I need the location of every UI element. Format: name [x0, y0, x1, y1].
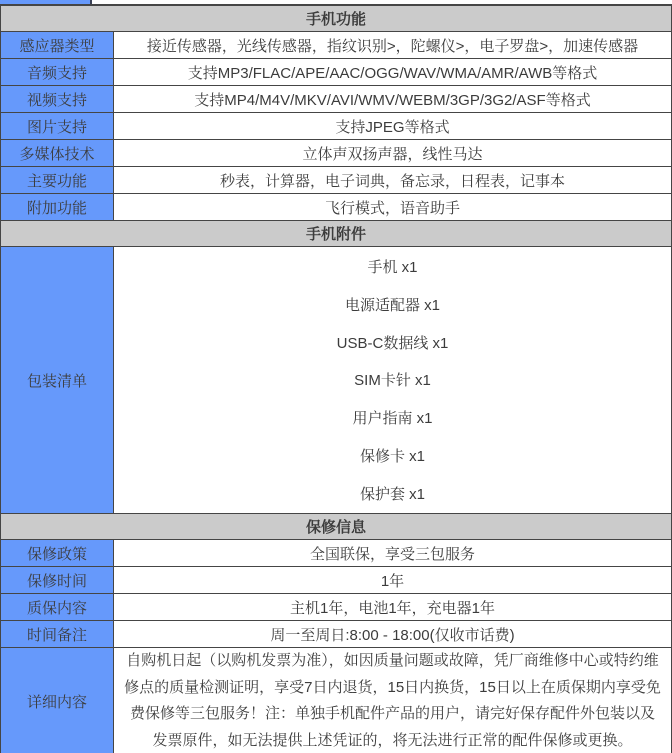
spec-value: 支持JPEG等格式: [114, 113, 672, 140]
packing-item: SIM卡针 x1: [114, 369, 671, 390]
spec-row-image-support: 图片支持 支持JPEG等格式: [1, 113, 672, 140]
spec-label: 多媒体技术: [1, 140, 114, 167]
spec-row-packing-list: 包装清单 手机 x1 电源适配器 x1 USB-C数据线 x1 SIM卡针 x1…: [1, 247, 672, 514]
packing-item: USB-C数据线 x1: [114, 332, 671, 353]
packing-item: 保护套 x1: [114, 483, 671, 504]
spec-row-video-support: 视频支持 支持MP4/M4V/MKV/AVI/WMV/WEBM/3GP/3G2/…: [1, 86, 672, 113]
spec-value: 秒表，计算器，电子词典，备忘录，日程表，记事本: [114, 167, 672, 194]
spec-value: 1年: [114, 567, 672, 594]
spec-label: 音频支持: [1, 59, 114, 86]
spec-row-warranty-period: 保修时间 1年: [1, 567, 672, 594]
warranty-detail-text: 自购机日起（以购机发票为准），如因质量问题或故障，凭厂商维修中心或特约维修点的质…: [114, 648, 672, 753]
spec-value: 支持MP3/FLAC/APE/AAC/OGG/WAV/WMA/AMR/AWB等格…: [114, 59, 672, 86]
spec-label: 质保内容: [1, 594, 114, 621]
packing-item: 手机 x1: [114, 256, 671, 277]
spec-value: 主机1年，电池1年，充电器1年: [114, 594, 672, 621]
spec-label: 视频支持: [1, 86, 114, 113]
cutoff-row-label-cell: [0, 0, 92, 4]
phone-spec-page: 手机功能 感应器类型 接近传感器，光线传感器，指纹识别>，陀螺仪>，电子罗盘>，…: [0, 0, 672, 753]
spec-label: 包装清单: [1, 247, 114, 514]
spec-row-warranty-policy: 保修政策 全国联保，享受三包服务: [1, 540, 672, 567]
packing-item: 用户指南 x1: [114, 407, 671, 428]
packing-item: 电源适配器 x1: [114, 294, 671, 315]
section-header-row-phone-accessories: 手机附件: [1, 221, 672, 247]
spec-label: 保修政策: [1, 540, 114, 567]
spec-row-time-note: 时间备注 周一至周日:8:00 - 18:00(仅收市话费): [1, 621, 672, 648]
spec-row-multimedia-tech: 多媒体技术 立体声双扬声器，线性马达: [1, 140, 672, 167]
spec-label: 图片支持: [1, 113, 114, 140]
spec-table: 手机功能 感应器类型 接近传感器，光线传感器，指纹识别>，陀螺仪>，电子罗盘>，…: [0, 5, 672, 753]
section-title-warranty-info: 保修信息: [1, 514, 672, 540]
spec-value: 支持MP4/M4V/MKV/AVI/WMV/WEBM/3GP/3G2/ASF等格…: [114, 86, 672, 113]
packing-list-cell: 手机 x1 电源适配器 x1 USB-C数据线 x1 SIM卡针 x1 用户指南…: [114, 247, 672, 514]
spec-label: 主要功能: [1, 167, 114, 194]
packing-item: 保修卡 x1: [114, 445, 671, 466]
section-title-phone-functions: 手机功能: [1, 6, 672, 32]
spec-label: 保修时间: [1, 567, 114, 594]
spec-row-main-functions: 主要功能 秒表，计算器，电子词典，备忘录，日程表，记事本: [1, 167, 672, 194]
spec-value: 全国联保，享受三包服务: [114, 540, 672, 567]
spec-row-detail-content: 详细内容 自购机日起（以购机发票为准），如因质量问题或故障，凭厂商维修中心或特约…: [1, 648, 672, 753]
section-title-phone-accessories: 手机附件: [1, 221, 672, 247]
spec-row-sensor-type: 感应器类型 接近传感器，光线传感器，指纹识别>，陀螺仪>，电子罗盘>，加速传感器: [1, 32, 672, 59]
spec-label: 感应器类型: [1, 32, 114, 59]
cutoff-row-value-cell: [92, 0, 672, 4]
section-header-row-warranty-info: 保修信息: [1, 514, 672, 540]
spec-label: 时间备注: [1, 621, 114, 648]
packing-list: 手机 x1 电源适配器 x1 USB-C数据线 x1 SIM卡针 x1 用户指南…: [114, 248, 671, 513]
spec-label: 附加功能: [1, 194, 114, 221]
spec-value: 飞行模式，语音助手: [114, 194, 672, 221]
spec-value: 接近传感器，光线传感器，指纹识别>，陀螺仪>，电子罗盘>，加速传感器: [114, 32, 672, 59]
spec-value: 周一至周日:8:00 - 18:00(仅收市话费): [114, 621, 672, 648]
spec-row-extra-functions: 附加功能 飞行模式，语音助手: [1, 194, 672, 221]
section-header-row-phone-functions: 手机功能: [1, 6, 672, 32]
spec-label: 详细内容: [1, 648, 114, 753]
spec-row-audio-support: 音频支持 支持MP3/FLAC/APE/AAC/OGG/WAV/WMA/AMR/…: [1, 59, 672, 86]
spec-value: 立体声双扬声器，线性马达: [114, 140, 672, 167]
spec-row-warranty-scope: 质保内容 主机1年，电池1年，充电器1年: [1, 594, 672, 621]
